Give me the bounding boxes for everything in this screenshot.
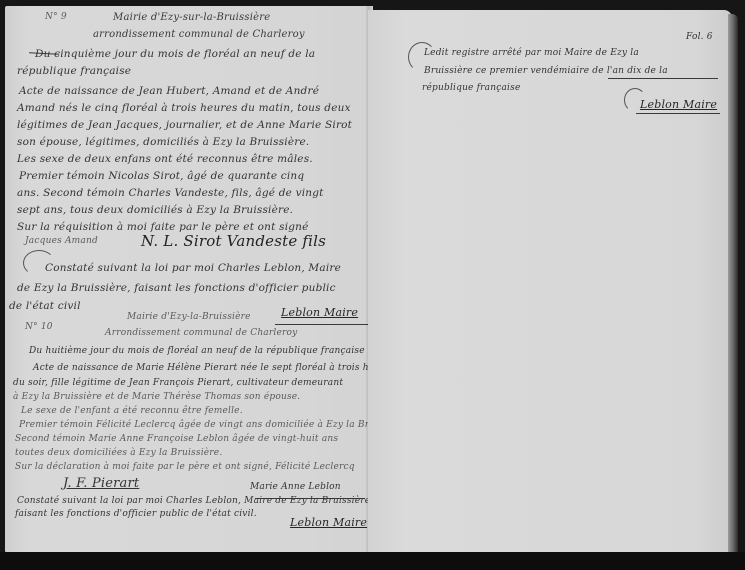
closing-line: Constaté suivant la loi par moi Charles …	[45, 262, 341, 274]
entry-text-line: légitimes de Jean Jacques, journalier, e…	[17, 119, 352, 131]
entry-text-line: république française	[17, 65, 131, 77]
entry-text-line: Acte de naissance de Jean Hubert, Amand …	[19, 85, 319, 97]
entry-text-line: Les sexe de deux enfans ont été reconnus…	[17, 153, 313, 165]
witness-signature-right: Marie Anne Leblon	[250, 482, 341, 492]
closing-line: de l'état civil	[9, 300, 81, 312]
witness-signatures: N. L. Sirot Vandeste fils	[141, 232, 326, 250]
entry-header-line-2: arrondissement communal de Charleroy	[93, 29, 305, 40]
entry-text-line: Amand nés le cinq floréal à trois heures…	[17, 102, 351, 114]
page-edge	[728, 14, 738, 558]
folio-number: Fol. 6	[686, 32, 713, 42]
witness-signatures: J. F. Pierart	[63, 476, 139, 491]
entry-text-line: son épouse, légitimes, domiciliés à Ezy …	[17, 136, 309, 148]
entry-number: N° 10	[25, 322, 53, 332]
mayor-signature: Leblon Maire	[640, 98, 717, 111]
entry-text-line: du soir, fille légitime de Jean François…	[13, 378, 343, 388]
signature-underline	[636, 113, 720, 114]
entry-text-line: sept ans, tous deux domiciliés à Ezy la …	[17, 204, 293, 216]
scan-border	[0, 552, 745, 570]
margin-note: Jacques Amand	[25, 236, 98, 246]
register-spread: N° 9 Mairie d'Ezy-sur-la-Bruissière arro…	[0, 0, 745, 570]
closing-text-line: Ledit registre arrêté par moi Maire de E…	[424, 48, 639, 58]
entry-header-line-2: Arrondissement communal de Charleroy	[105, 328, 297, 338]
closing-line: Constaté suivant la loi par moi Charles …	[17, 496, 373, 506]
entry-header-line-1: Mairie d'Ezy-la-Bruissière	[127, 312, 251, 322]
entry-text-line: ans. Second témoin Charles Vandeste, fil…	[17, 187, 324, 199]
closing-line: de Ezy la Bruissière, faisant les foncti…	[17, 282, 336, 294]
entry-text-line: Du huitième jour du mois de floréal an n…	[29, 346, 365, 356]
entry-text-line: Du cinquième jour du mois de floréal an …	[35, 48, 315, 60]
entry-text-line: Premier témoin Félicité Leclercq âgée de…	[19, 420, 373, 430]
signature-underline	[275, 324, 371, 325]
entry-text-line: toutes deux domiciliées à Ezy la Bruissi…	[15, 448, 222, 458]
text-underline	[608, 78, 718, 79]
mayor-signature: Leblon Maire	[281, 306, 358, 319]
entry-text-line: Second témoin Marie Anne Françoise Leblo…	[15, 434, 338, 444]
left-page: N° 9 Mairie d'Ezy-sur-la-Bruissière arro…	[5, 6, 373, 556]
mayor-signature: Leblon Maire	[290, 516, 367, 529]
entry-number: N° 9	[45, 12, 67, 22]
entry-text-line: Premier témoin Nicolas Sirot, âgé de qua…	[19, 170, 304, 182]
entry-text-line: à Ezy la Bruissière et de Marie Thérèse …	[13, 392, 300, 402]
entry-text-line: Sur la déclaration à moi faite par le pè…	[15, 462, 355, 472]
closing-text-line: Bruissière ce premier vendémiaire de l'a…	[424, 66, 668, 76]
entry-text-line: Le sexe de l'enfant a été reconnu être f…	[21, 406, 243, 416]
entry-header-line-1: Mairie d'Ezy-sur-la-Bruissière	[113, 12, 270, 23]
entry-text-line: Acte de naissance de Marie Hélène Pierar…	[33, 363, 373, 373]
closing-line: faisant les fonctions d'officier public …	[15, 509, 257, 519]
closing-text-line: république française	[422, 83, 520, 93]
right-page: Fol. 6 Ledit registre arrêté par moi Mai…	[368, 10, 732, 556]
